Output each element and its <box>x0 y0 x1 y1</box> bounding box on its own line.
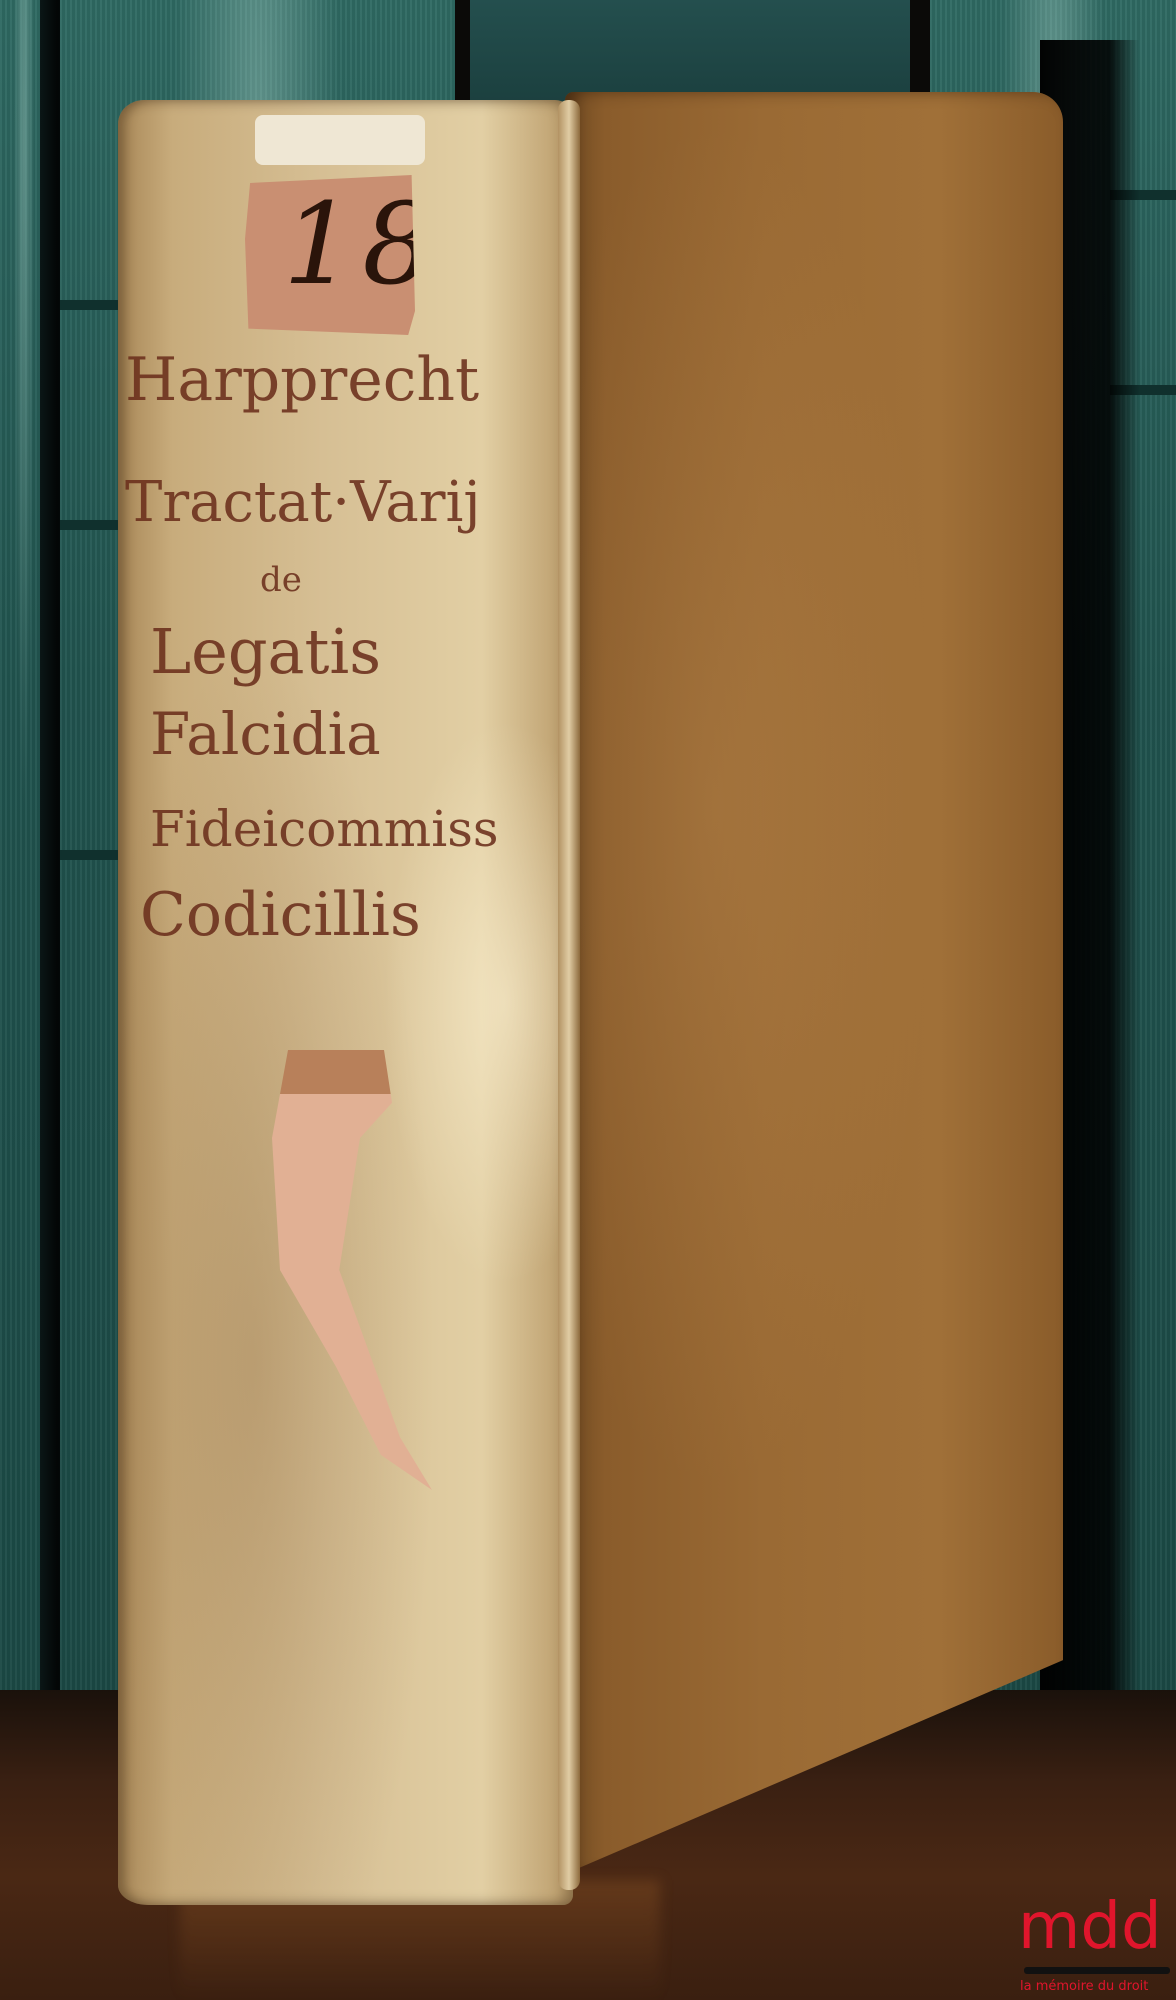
logo-underline <box>1024 1967 1170 1974</box>
spine-band <box>60 520 120 530</box>
spine-band <box>60 300 120 310</box>
spine-title-line: Codicillis <box>140 880 421 950</box>
spine-band <box>60 850 120 860</box>
torn-top-label <box>255 115 425 165</box>
spine-title-line: Fideicommiss <box>150 800 499 858</box>
spine-title-line: Legatis <box>150 615 381 688</box>
mdd-watermark-logo: mdd la mémoire du droit <box>1018 1895 1174 2000</box>
book-hinge <box>558 100 580 1890</box>
shelf-number-label: 18 <box>245 175 415 335</box>
book-front-cover <box>565 92 1063 1874</box>
logo-mark: mdd <box>1018 1895 1162 1959</box>
spine-title-line: Tractat·Varij <box>125 470 481 535</box>
spine-title-line: de <box>260 560 302 600</box>
spine-title-line: Falcidia <box>150 700 381 768</box>
spine-title-author: Harpprecht <box>125 345 479 415</box>
logo-tagline: la mémoire du droit <box>1020 1979 1148 1994</box>
